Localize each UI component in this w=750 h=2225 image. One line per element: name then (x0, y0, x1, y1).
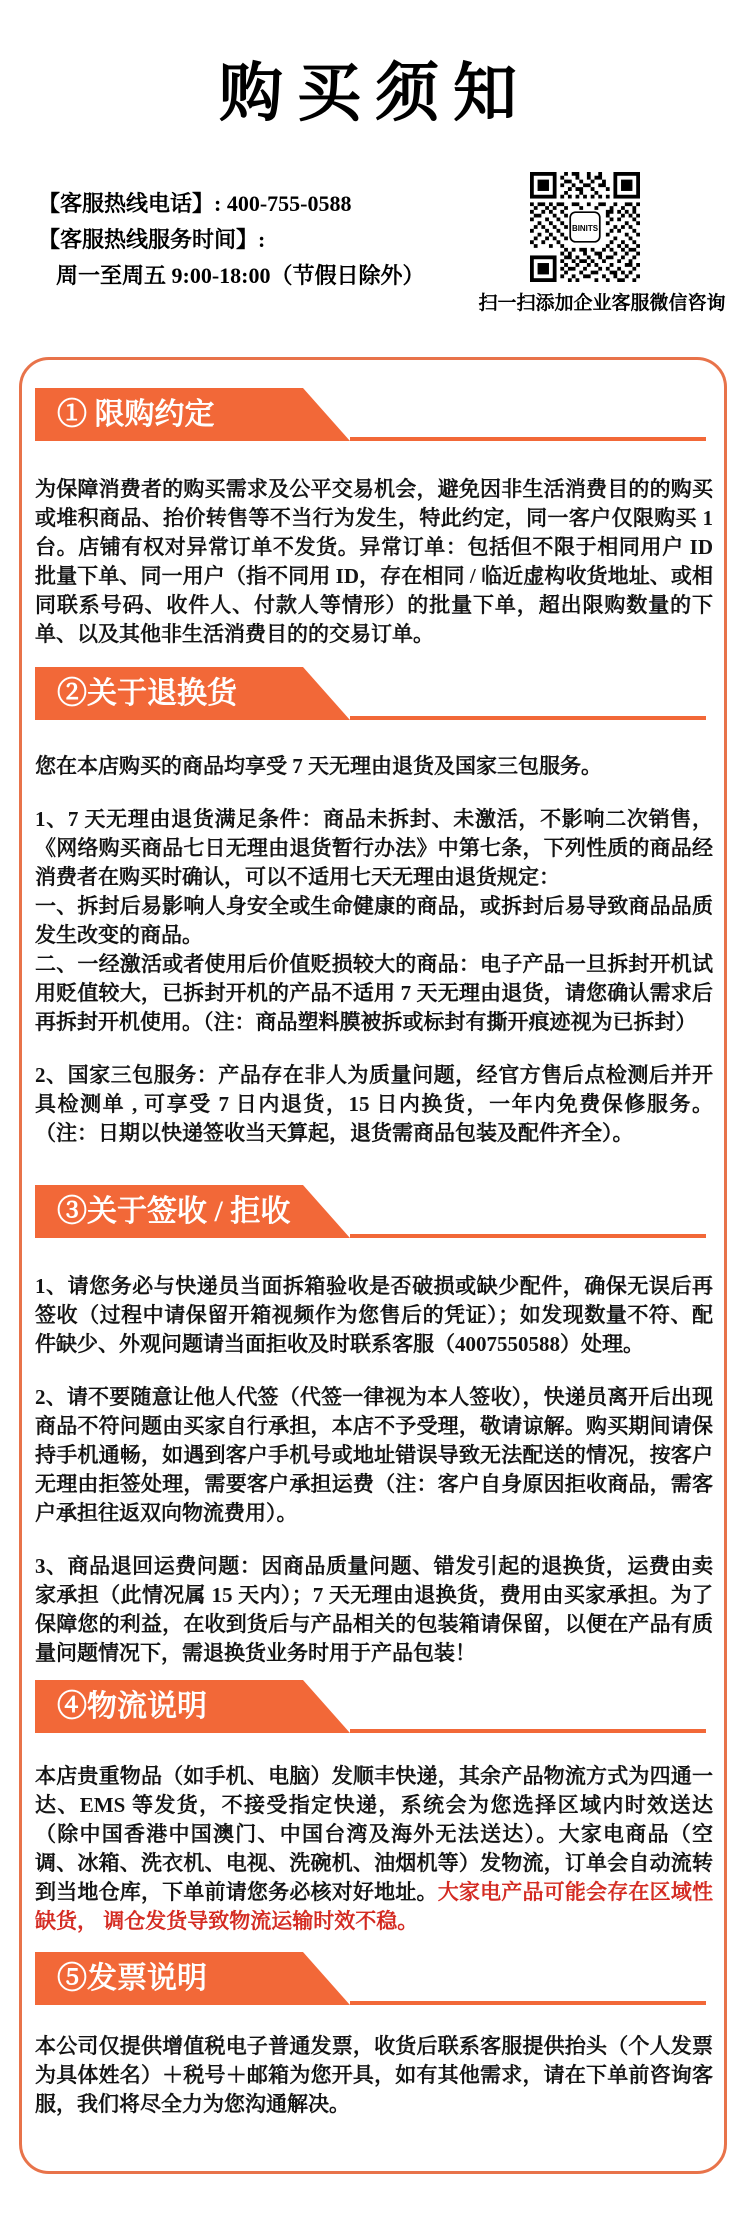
section-banner-purchase-limit: ① 限购约定 (35, 388, 708, 441)
section-banner-returns: ②关于退换货 (35, 667, 708, 720)
section-body-invoice: 本公司仅提供增值税电子普通发票，收货后联系客服提供抬头（个人发票为具体姓名）＋税… (35, 2032, 713, 2119)
banner-rule (350, 2001, 706, 2005)
qr-finder-top-right (613, 172, 640, 199)
qr-finder-top-left (530, 172, 557, 199)
banner-rule (350, 1234, 706, 1238)
section-title-purchase-limit: ① 限购约定 (35, 388, 350, 441)
qr-code-image: BINITS (530, 172, 640, 282)
banner-rule (350, 716, 706, 720)
service-time-label: 【客服热线服务时间】: (38, 222, 424, 258)
hotline-number-line: 【客服热线电话】: 400-755-0588 (38, 186, 424, 222)
paragraph: 3、商品退回运费问题：因商品质量问题、错发引起的退换货，运费由卖家承担（此情况属… (35, 1552, 713, 1668)
qr-caption: 扫一扫添加企业客服微信咨询 (468, 288, 736, 315)
section-body-sign-reject: 1、请您务必与快递员当面拆箱验收是否破损或缺少配件，确保无误后再签收（过程中请保… (35, 1272, 713, 1668)
section-body-purchase-limit: 为保障消费者的购买需求及公平交易机会，避免因非生活消费目的的购买或堆积商品、抬价… (35, 475, 713, 649)
paragraph: 2、请不要随意让他人代签（代签一律视为本人签收），快递员离开后出现商品不符问题由… (35, 1383, 713, 1528)
paragraph: 本公司仅提供增值税电子普通发票，收货后联系客服提供抬头（个人发票为具体姓名）＋税… (35, 2032, 713, 2119)
paragraph: 您在本店购买的商品均享受 7 天无理由退货及国家三包服务。 (35, 752, 713, 781)
banner-rule (350, 437, 706, 441)
section-title-logistics: ④物流说明 (35, 1680, 350, 1733)
wechat-qr-code: BINITS (530, 172, 640, 282)
section-title-invoice: ⑤发票说明 (35, 1952, 350, 2005)
purchase-notice-page: 购买须知 【客服热线电话】: 400-755-0588 【客服热线服务时间】: … (0, 0, 750, 2225)
section-banner-logistics: ④物流说明 (35, 1680, 708, 1733)
qr-finder-bottom-left (530, 255, 557, 282)
section-body-logistics: 本店贵重物品（如手机、电脑）发顺丰快递，其余产品物流方式为四通一达、EMS 等发… (35, 1762, 713, 1936)
paragraph: 1、请您务必与快递员当面拆箱验收是否破损或缺少配件，确保无误后再签收（过程中请保… (35, 1272, 713, 1359)
paragraph: 1、7 天无理由退货满足条件：商品未拆封、未激活，不影响二次销售，《网络购买商品… (35, 805, 713, 892)
paragraph: 本店贵重物品（如手机、电脑）发顺丰快递，其余产品物流方式为四通一达、EMS 等发… (35, 1762, 713, 1936)
paragraph: 2、国家三包服务：产品存在非人为质量问题，经官方售后点检测后并开具检测单 , 可… (35, 1061, 713, 1148)
paragraph: 为保障消费者的购买需求及公平交易机会，避免因非生活消费目的的购买或堆积商品、抬价… (35, 475, 713, 649)
paragraph: 二、一经激活或者使用后价值贬损较大的商品：电子产品一旦拆封开机试用贬值较大，已拆… (35, 950, 713, 1037)
section-title-returns: ②关于退换货 (35, 667, 350, 720)
paragraph: 一、拆封后易影响人身安全或生命健康的商品，或拆封后易导致商品品质发生改变的商品。 (35, 892, 713, 950)
section-body-returns: 您在本店购买的商品均享受 7 天无理由退货及国家三包服务。 1、7 天无理由退货… (35, 752, 713, 1148)
contact-info-block: 【客服热线电话】: 400-755-0588 【客服热线服务时间】: 周一至周五… (38, 186, 424, 294)
banner-rule (350, 1729, 706, 1733)
section-banner-invoice: ⑤发票说明 (35, 1952, 708, 2005)
section-banner-sign-reject: ③关于签收 / 拒收 (35, 1185, 708, 1238)
page-title: 购买须知 (0, 42, 750, 134)
section-title-sign-reject: ③关于签收 / 拒收 (35, 1185, 350, 1238)
service-time-value: 周一至周五 9:00-18:00（节假日除外） (38, 258, 424, 294)
qr-logo-text: BINITS (572, 224, 598, 233)
